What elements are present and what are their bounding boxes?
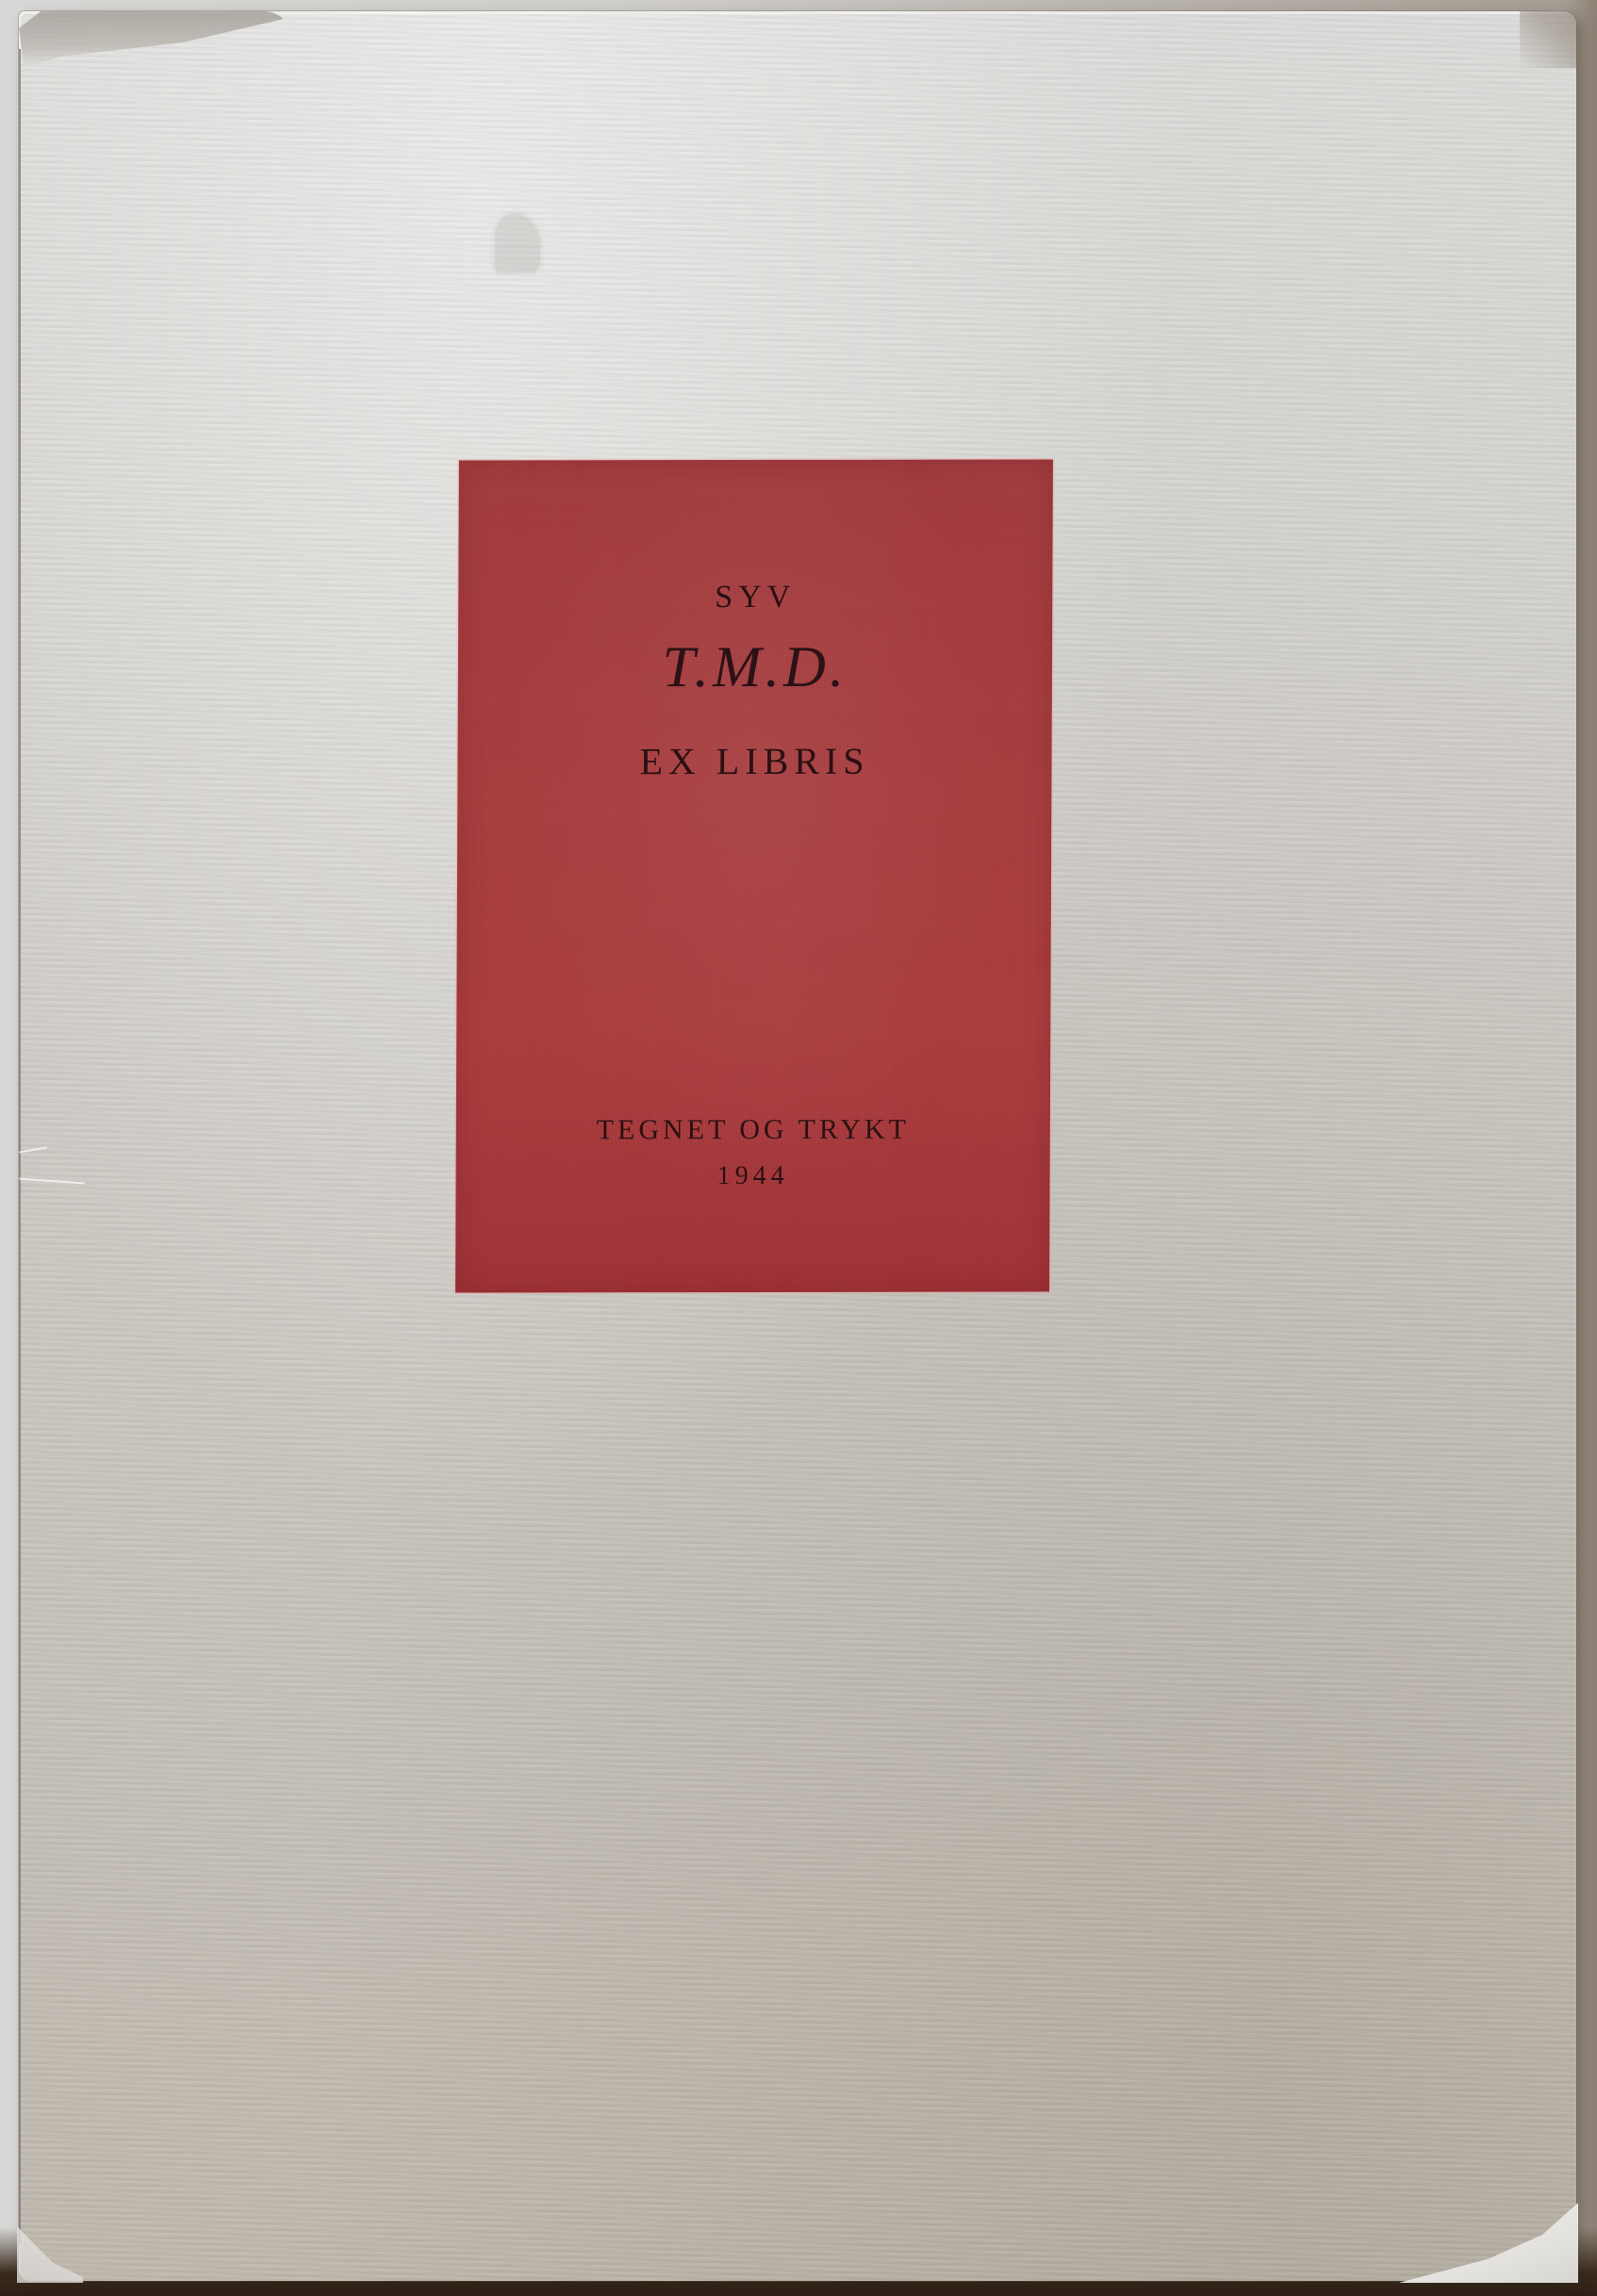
year-text: 1944	[456, 1160, 1050, 1191]
paper-stain	[495, 214, 540, 272]
chipped-corner-bottom-right	[1399, 2203, 1578, 2283]
booklet-cover: SYV T.M.D. EX LIBRIS TEGNET OG TRYKT 194…	[19, 11, 1576, 2281]
chipped-corner-bottom-left	[17, 2226, 83, 2283]
torn-corner-top-left	[19, 11, 292, 68]
edge-crease	[19, 1178, 85, 1185]
spine-edge-line	[19, 49, 21, 2245]
worn-corner-top-right	[1520, 11, 1576, 68]
imprint-text: TEGNET OG TRYKT	[456, 1113, 1050, 1146]
red-title-label: SYV T.M.D. EX LIBRIS TEGNET OG TRYKT 194…	[455, 459, 1053, 1292]
monogram-text: T.M.D.	[458, 633, 1052, 701]
label-number-text: SYV	[458, 579, 1052, 615]
edge-crease	[19, 1146, 47, 1153]
title-text: EX LIBRIS	[457, 738, 1051, 783]
